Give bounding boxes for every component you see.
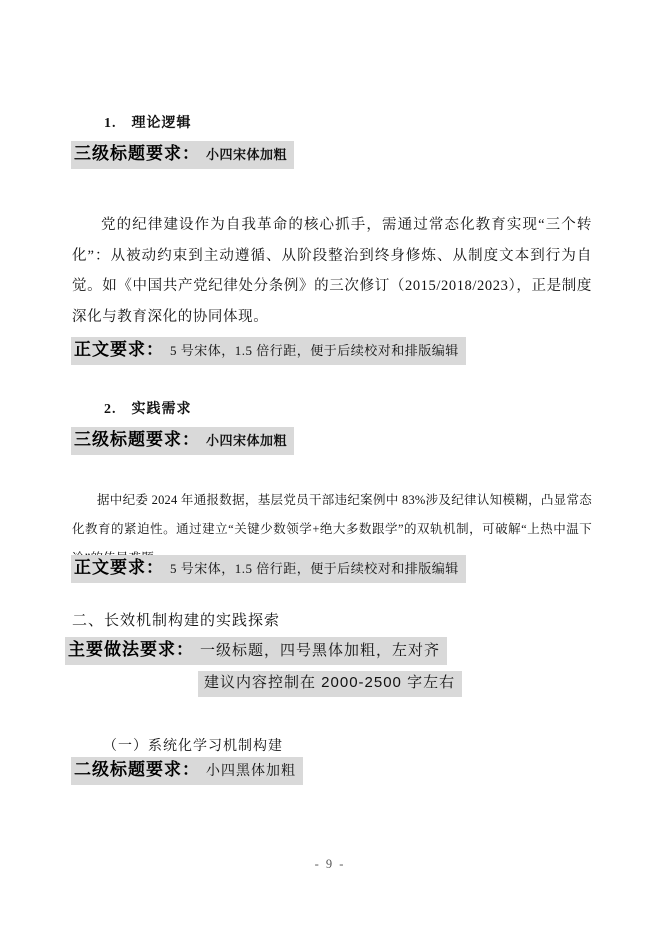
page-number: - 9 - [0,857,660,872]
requirement-label: 主要做法要求： [68,640,194,659]
document-page: 1. 理论逻辑 三级标题要求：小四宋体加粗 党的纪律建设作为自我革命的核心抓手，… [0,0,660,933]
requirement-value: 小四黑体加粗 [206,762,296,778]
body-paragraph-discipline: 党的纪律建设作为自我革命的核心抓手，需通过常态化教育实现“三个转化”：从被动约束… [72,210,592,332]
requirement-main-method: 主要做法要求：一级标题，四号黑体加粗，左对齐 [65,637,447,665]
requirement-label: 三级标题要求： [74,144,200,163]
requirement-h3-level-1: 三级标题要求：小四宋体加粗 [71,141,294,169]
requirement-h2-level: 二级标题要求：小四黑体加粗 [71,757,303,785]
gray-highlight: 正文要求：5 号宋体，1.5 倍行距，便于后续校对和排版编辑 [71,555,466,583]
requirement-value: 建议内容控制在 2000-2500 字左右 [204,674,455,691]
requirement-label: 正文要求： [74,558,164,577]
heading-sub-one: （一）系统化学习机制构建 [103,735,283,755]
gray-highlight: 正文要求：5 号宋体，1.5 倍行距，便于后续校对和排版编辑 [71,337,466,365]
requirement-label: 三级标题要求： [74,430,200,449]
gray-highlight: 三级标题要求：小四宋体加粗 [71,427,294,455]
requirement-label: 正文要求： [74,340,164,359]
gray-highlight: 三级标题要求：小四宋体加粗 [71,141,294,169]
requirement-value: 小四宋体加粗 [206,147,287,162]
gray-highlight: 建议内容控制在 2000-2500 字左右 [198,671,462,697]
heading-theory-logic: 1. 理论逻辑 [104,112,192,132]
requirement-h3-level-2: 三级标题要求：小四宋体加粗 [71,427,294,455]
heading-practice-need: 2. 实践需求 [104,398,192,418]
requirement-body-text-1: 正文要求：5 号宋体，1.5 倍行距，便于后续校对和排版编辑 [71,337,466,365]
requirement-main-method-continuation: 建议内容控制在 2000-2500 字左右 [198,671,462,697]
requirement-value: 5 号宋体，1.5 倍行距，便于后续校对和排版编辑 [170,561,459,576]
gray-highlight: 二级标题要求：小四黑体加粗 [71,757,303,785]
requirement-value: 小四宋体加粗 [206,433,287,448]
heading-section-two: 二、长效机制构建的实践探索 [72,609,280,630]
requirement-body-text-2: 正文要求：5 号宋体，1.5 倍行距，便于后续校对和排版编辑 [71,555,466,583]
requirement-label: 二级标题要求： [74,760,200,779]
requirement-value: 5 号宋体，1.5 倍行距，便于后续校对和排版编辑 [170,343,459,358]
requirement-value: 一级标题，四号黑体加粗，左对齐 [200,642,440,659]
gray-highlight: 主要做法要求：一级标题，四号黑体加粗，左对齐 [65,637,447,665]
